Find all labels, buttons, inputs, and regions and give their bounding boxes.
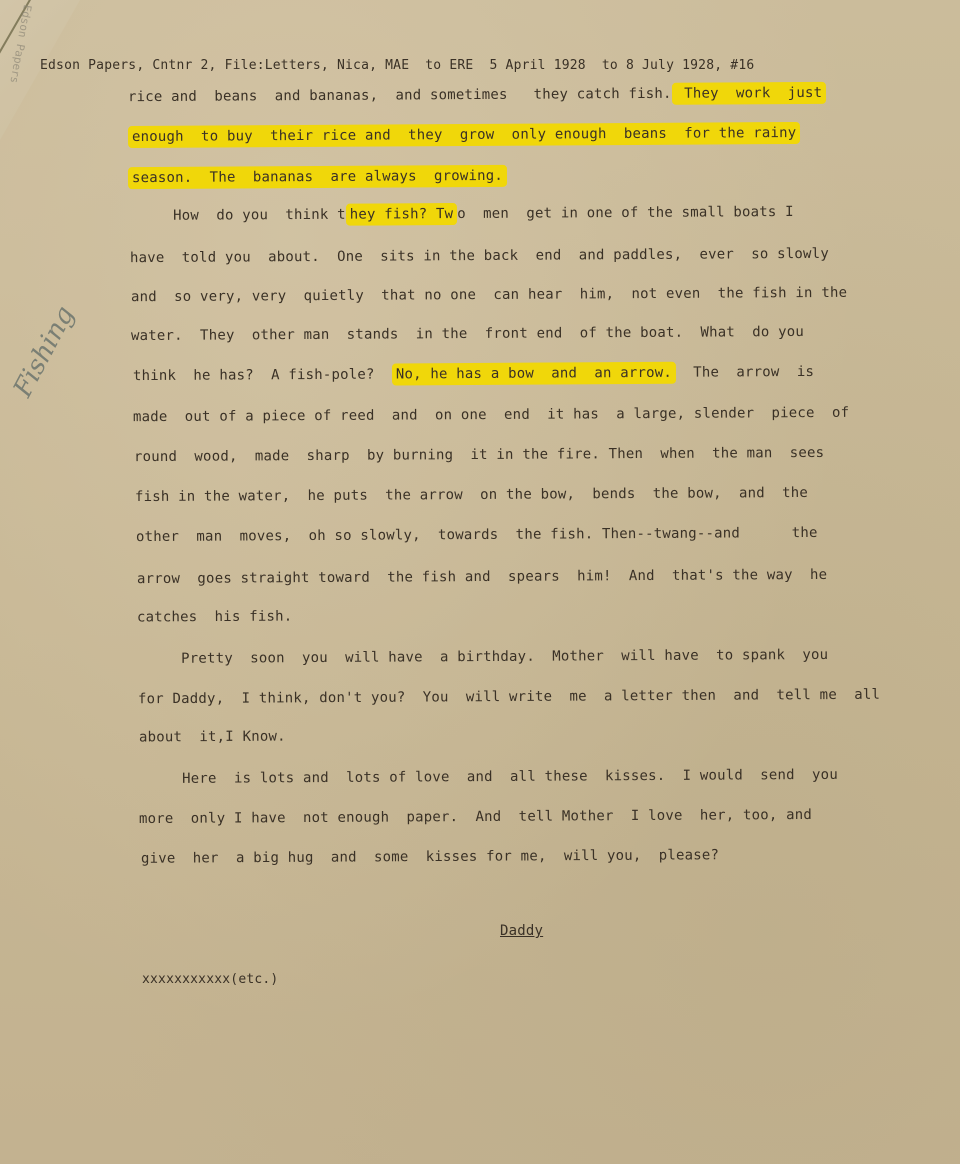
letter-line: season. The bananas are always growing.: [128, 167, 507, 187]
line-text: rice and beans and bananas, and sometime…: [128, 86, 672, 105]
signature: Daddy: [500, 922, 543, 940]
line-text: other man moves, oh so slowly, towards t…: [136, 525, 818, 545]
line-text: have told you about. One sits in the bac…: [130, 246, 829, 266]
letter-line: water. They other man stands in the fron…: [131, 323, 804, 345]
line-text: give her a big hug and some kisses for m…: [141, 847, 719, 867]
line-text: Here is lots and lots of love and all th…: [139, 767, 838, 787]
letter-line: How do you think they fish? Two men get …: [130, 203, 794, 225]
letter-line: Here is lots and lots of love and all th…: [139, 766, 838, 788]
document-header: Edson Papers, Cntnr 2, File:Letters, Nic…: [40, 57, 754, 75]
letter-line: for Daddy, I think, don't you? You will …: [138, 686, 880, 709]
line-text: about it,I Know.: [139, 729, 286, 746]
letter-line: Pretty soon you will have a birthday. Mo…: [138, 646, 828, 668]
line-text: fish in the water, he puts the arrow on …: [135, 485, 808, 505]
line-text: catches his fish.: [137, 609, 292, 626]
line-text: made out of a piece of reed and on one e…: [133, 405, 849, 425]
line-text: think he has? A fish-pole?: [133, 366, 392, 384]
line-text: for Daddy, I think, don't you? You will …: [138, 687, 880, 708]
handwritten-margin-note: Fishing: [8, 301, 81, 402]
line-text: water. They other man stands in the fron…: [131, 324, 804, 344]
letter-line: more only I have not enough paper. And t…: [139, 806, 812, 828]
letter-line: about it,I Know.: [139, 728, 286, 747]
line-text: more only I have not enough paper. And t…: [139, 807, 812, 827]
line-text: o men get in one of the small boats I: [457, 204, 794, 222]
letter-line: round wood, made sharp by burning it in …: [134, 444, 824, 466]
line-text: The arrow is: [676, 364, 814, 381]
letter-line: have told you about. One sits in the bac…: [130, 245, 829, 267]
closing-kisses: xxxxxxxxxxx(etc.): [142, 971, 278, 989]
letter-line: arrow goes straight toward the fish and …: [137, 566, 827, 588]
letter-line: rice and beans and bananas, and sometime…: [128, 84, 826, 106]
letter-line: and so very, very quietly that no one ca…: [131, 284, 847, 306]
highlighted-text: hey fish? Tw: [346, 203, 458, 226]
highlighted-text: enough to buy their rice and they grow o…: [128, 122, 801, 148]
letter-line: catches his fish.: [137, 608, 292, 627]
highlighted-text: They work just: [672, 82, 827, 105]
line-text: Pretty soon you will have a birthday. Mo…: [138, 647, 828, 667]
line-text: arrow goes straight toward the fish and …: [137, 567, 827, 587]
letter-line: give her a big hug and some kisses for m…: [141, 846, 719, 868]
letter-line: made out of a piece of reed and on one e…: [133, 404, 849, 426]
letter-line: think he has? A fish-pole? No, he has a …: [133, 363, 814, 385]
line-text: round wood, made sharp by burning it in …: [134, 445, 824, 465]
highlighted-text: season. The bananas are always growing.: [128, 165, 507, 189]
letter-line: other man moves, oh so slowly, towards t…: [136, 524, 818, 546]
line-text: How do you think t: [130, 207, 346, 224]
highlighted-text: No, he has a bow and an arrow.: [392, 362, 676, 386]
line-text: and so very, very quietly that no one ca…: [131, 285, 847, 305]
letter-line: enough to buy their rice and they grow o…: [128, 124, 801, 146]
letter-line: fish in the water, he puts the arrow on …: [135, 484, 808, 506]
